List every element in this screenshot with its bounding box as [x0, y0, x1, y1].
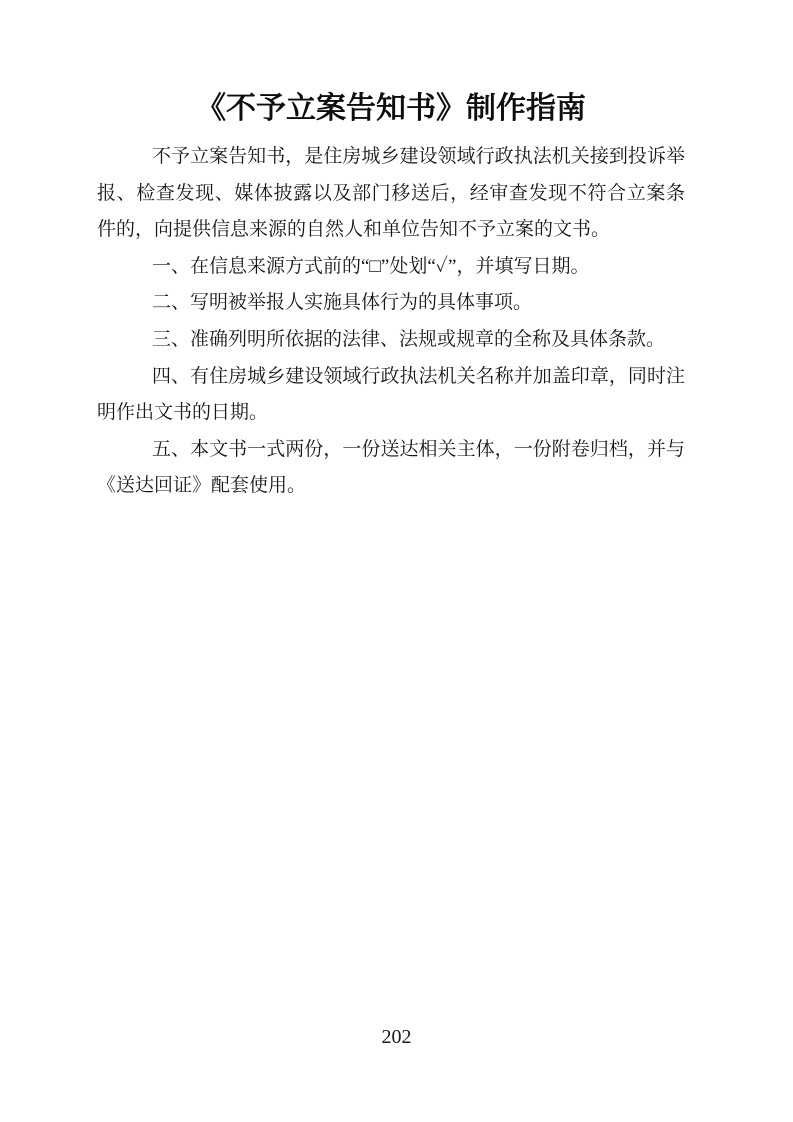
- item-5-line-2: 《送达回证》配套使用。: [97, 468, 685, 505]
- page-title: 《不予立案告知书》制作指南: [97, 88, 685, 130]
- intro-line-1: 不予立案告知书，是住房城乡建设领域行政执法机关接到投诉举: [97, 139, 685, 176]
- item-1-line: 一、在信息来源方式前的“□”处划“✓”，并填写日期。: [97, 249, 685, 286]
- document-page: 《不予立案告知书》制作指南 不予立案告知书，是住房城乡建设领域行政执法机关接到投…: [0, 0, 793, 1122]
- item-4-line-1: 四、有住房城乡建设领域行政执法机关名称并加盖印章，同时注: [97, 359, 685, 396]
- page-number: 202: [0, 1023, 793, 1051]
- item-3-line: 三、准确列明所依据的法律、法规或规章的全称及具体条款。: [97, 322, 685, 359]
- intro-line-3: 件的，向提供信息来源的自然人和单位告知不予立案的文书。: [97, 212, 685, 249]
- item-5-line-1: 五、本文书一式两份，一份送达相关主体，一份附卷归档，并与: [97, 432, 685, 469]
- intro-line-2: 报、检查发现、媒体披露以及部门移送后，经审查发现不符合立案条: [97, 176, 685, 213]
- item-2-line: 二、写明被举报人实施具体行为的具体事项。: [97, 285, 685, 322]
- document-content: 《不予立案告知书》制作指南 不予立案告知书，是住房城乡建设领域行政执法机关接到投…: [97, 0, 685, 505]
- document-body: 不予立案告知书，是住房城乡建设领域行政执法机关接到投诉举 报、检查发现、媒体披露…: [97, 139, 685, 505]
- item-4-line-2: 明作出文书的日期。: [97, 395, 685, 432]
